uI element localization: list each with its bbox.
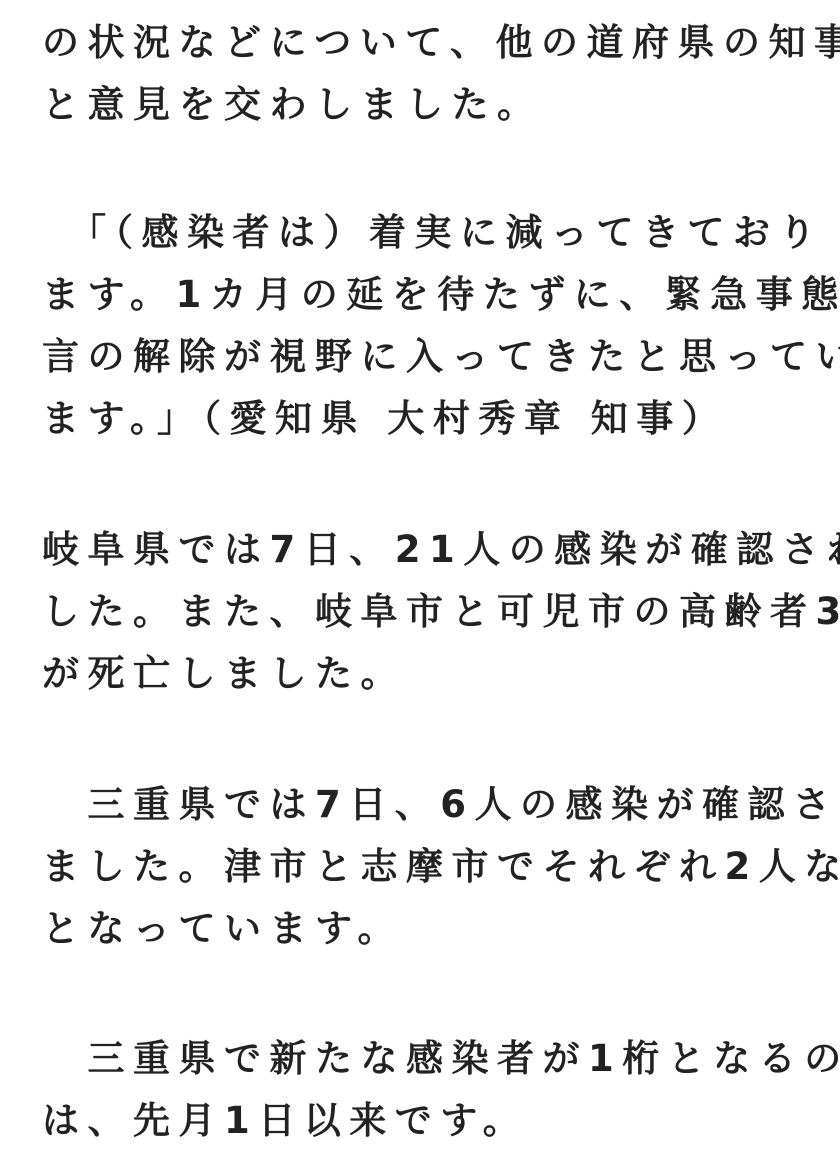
text-line: 「（感染者は）着実に減ってきており <box>42 202 840 264</box>
text-line: は、先月1日以来です。 <box>42 1090 840 1151</box>
text-line: 三重県で新たな感染者が1桁となるの <box>42 1028 840 1090</box>
paragraph-mie-cases: 三重県では7日、6人の感染が確認され ました。津市と志摩市でそれぞれ2人など と… <box>42 774 840 960</box>
text-line: が死亡しました。 <box>42 643 840 705</box>
text-line: となっています。 <box>42 898 840 960</box>
text-line: 言の解除が視野に入ってきたと思ってい <box>42 326 840 388</box>
paragraph-aichi-governor-quote: 「（感染者は）着実に減ってきており ます。1カ月の延を待たずに、緊急事態宣 言の… <box>42 202 840 450</box>
text-line: 岐阜県では7日、21人の感染が確認されま <box>42 519 840 581</box>
text-line: と意見を交わしました。 <box>42 74 840 136</box>
text-line: ました。津市と志摩市でそれぞれ2人など <box>42 836 840 898</box>
text-line: の状況などについて、他の道府県の知事 <box>42 12 840 74</box>
paragraph-mie-single-digit: 三重県で新たな感染者が1桁となるの は、先月1日以来です。 <box>42 1028 840 1151</box>
text-line: ます。」（愛知県 大村秀章 知事） <box>42 388 840 450</box>
paragraph-governors-meeting: の状況などについて、他の道府県の知事 と意見を交わしました。 <box>42 12 840 136</box>
text-line: した。また、岐阜市と可児市の高齢者3人 <box>42 581 840 643</box>
paragraph-gifu-cases: 岐阜県では7日、21人の感染が確認されま した。また、岐阜市と可児市の高齢者3人… <box>42 519 840 705</box>
text-line: 三重県では7日、6人の感染が確認され <box>42 774 840 836</box>
text-line: ます。1カ月の延を待たずに、緊急事態宣 <box>42 264 840 326</box>
